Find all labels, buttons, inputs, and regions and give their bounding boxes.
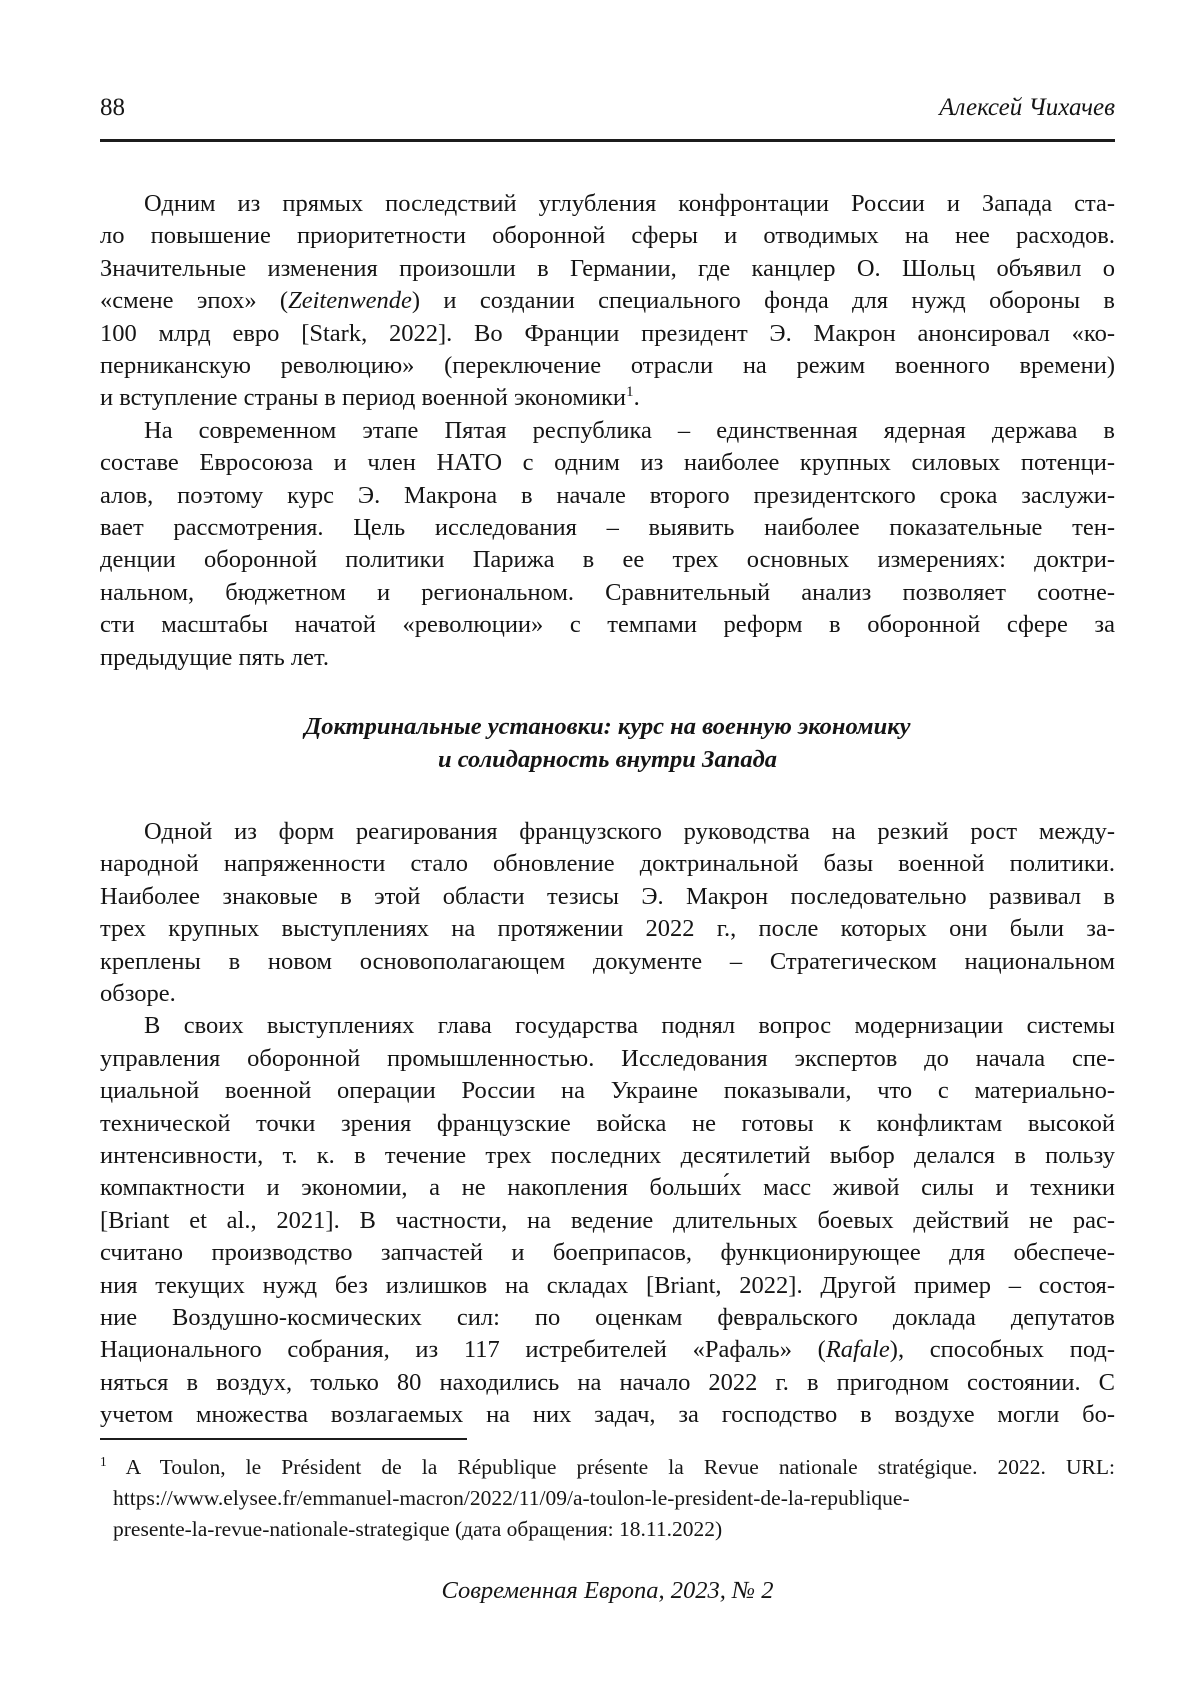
journal-footer: Современная Европа, 2023, № 2 xyxy=(100,1577,1115,1605)
text-line: технической точки зрения французские вой… xyxy=(100,1108,1115,1140)
footnote: 1 A Toulon, le Président de la Républiqu… xyxy=(100,1452,1115,1545)
text-line: нальном, бюджетном и региональном. Сравн… xyxy=(100,577,1115,609)
text-line: вает рассмотрения. Цель исследования – в… xyxy=(100,512,1115,544)
paragraph-1: Одним из прямых последствий углубления к… xyxy=(100,188,1115,415)
paragraph-4: В своих выступлениях глава государства п… xyxy=(100,1010,1115,1431)
footnote-line: presente-la-revue-nationale-strategique … xyxy=(100,1514,1115,1545)
text-line: [Briant et al., 2021]. В частности, на в… xyxy=(100,1205,1115,1237)
page-number: 88 xyxy=(100,94,125,122)
text-line: и вступление страны в период военной эко… xyxy=(100,382,1115,414)
paragraph-2: На современном этапе Пятая республика – … xyxy=(100,415,1115,674)
text-line: предыдущие пять лет. xyxy=(100,642,1115,674)
text-segment: ), способных под- xyxy=(890,1336,1115,1363)
text-line: ло повышение приоритетности оборонной сф… xyxy=(100,220,1115,252)
text-line: трех крупных выступлениях на протяжении … xyxy=(100,913,1115,945)
text-line: В своих выступлениях глава государства п… xyxy=(100,1010,1115,1042)
text-line: няться в воздух, только 80 находились на… xyxy=(100,1367,1115,1399)
text-line: алов, поэтому курс Э. Макрона в начале в… xyxy=(100,480,1115,512)
text-line: ния текущих нужд без излишков на складах… xyxy=(100,1270,1115,1302)
text-line: сти масштабы начатой «революции» с темпа… xyxy=(100,609,1115,641)
text-segment: и вступление страны в период военной эко… xyxy=(100,384,626,411)
footnote-marker: 1 xyxy=(100,1453,107,1468)
running-head-author: Алексей Чихачев xyxy=(939,94,1115,122)
text-line: денции оборонной политики Парижа в ее тр… xyxy=(100,544,1115,576)
italic-term: Zeitenwende xyxy=(288,287,412,314)
text-line: народной напряженности стало обновление … xyxy=(100,848,1115,880)
text-line: Одним из прямых последствий углубления к… xyxy=(100,188,1115,220)
text-line: обзоре. xyxy=(100,978,1115,1010)
header-rule xyxy=(100,139,1115,142)
paragraph-3: Одной из форм реагирования французского … xyxy=(100,816,1115,1010)
text-line: Значительные изменения произошли в Герма… xyxy=(100,253,1115,285)
footnote-url-line: https://www.elysee.fr/emmanuel-macron/20… xyxy=(100,1483,1115,1514)
journal-page: 88 Алексей Чихачев Одним из прямых после… xyxy=(0,0,1200,1694)
footnote-reference: 1 xyxy=(626,383,634,400)
text-line: считано производство запчастей и боеприп… xyxy=(100,1237,1115,1269)
text-segment: . xyxy=(634,384,640,411)
footnote-separator-rule xyxy=(100,1438,467,1440)
running-head: 88 Алексей Чихачев xyxy=(100,94,1115,122)
text-line: Наиболее знаковые в этой области тезисы … xyxy=(100,881,1115,913)
text-line: компактности и экономии, а не накопления… xyxy=(100,1172,1115,1204)
text-line: циальной военной операции России на Укра… xyxy=(100,1075,1115,1107)
footnote-line: 1 A Toulon, le Président de la Républiqu… xyxy=(100,1452,1115,1483)
section-heading: Доктринальные установки: курс на военную… xyxy=(100,711,1115,776)
section-heading-line: и солидарность внутри Запада xyxy=(100,744,1115,776)
text-line: ние Воздушно-космических сил: по оценкам… xyxy=(100,1302,1115,1334)
text-line: составе Евросоюза и член НАТО с одним из… xyxy=(100,447,1115,479)
text-line: креплены в новом основополагающем докуме… xyxy=(100,946,1115,978)
text-line: учетом множества возлагаемых на них зада… xyxy=(100,1399,1115,1431)
footnote-text: A Toulon, le Président de la République … xyxy=(107,1455,1115,1479)
italic-term: Rafale xyxy=(826,1336,890,1363)
text-line: На современном этапе Пятая республика – … xyxy=(100,415,1115,447)
text-segment: ) и создании специального фонда для нужд… xyxy=(412,287,1115,314)
text-line: «смене эпох» (Zeitenwende) и создании сп… xyxy=(100,285,1115,317)
text-segment: Национального собрания, из 117 истребите… xyxy=(100,1336,826,1363)
article-body: Одним из прямых последствий углубления к… xyxy=(100,188,1115,1432)
text-line: Одной из форм реагирования французского … xyxy=(100,816,1115,848)
text-line: 100 млрд евро [Stark, 2022]. Во Франции … xyxy=(100,318,1115,350)
text-line: перниканскую революцию» (переключение от… xyxy=(100,350,1115,382)
text-line: Национального собрания, из 117 истребите… xyxy=(100,1334,1115,1366)
text-segment: «смене эпох» ( xyxy=(100,287,288,314)
section-heading-line: Доктринальные установки: курс на военную… xyxy=(100,711,1115,743)
text-line: управления оборонной промышленностью. Ис… xyxy=(100,1043,1115,1075)
text-line: интенсивности, т. к. в течение трех посл… xyxy=(100,1140,1115,1172)
